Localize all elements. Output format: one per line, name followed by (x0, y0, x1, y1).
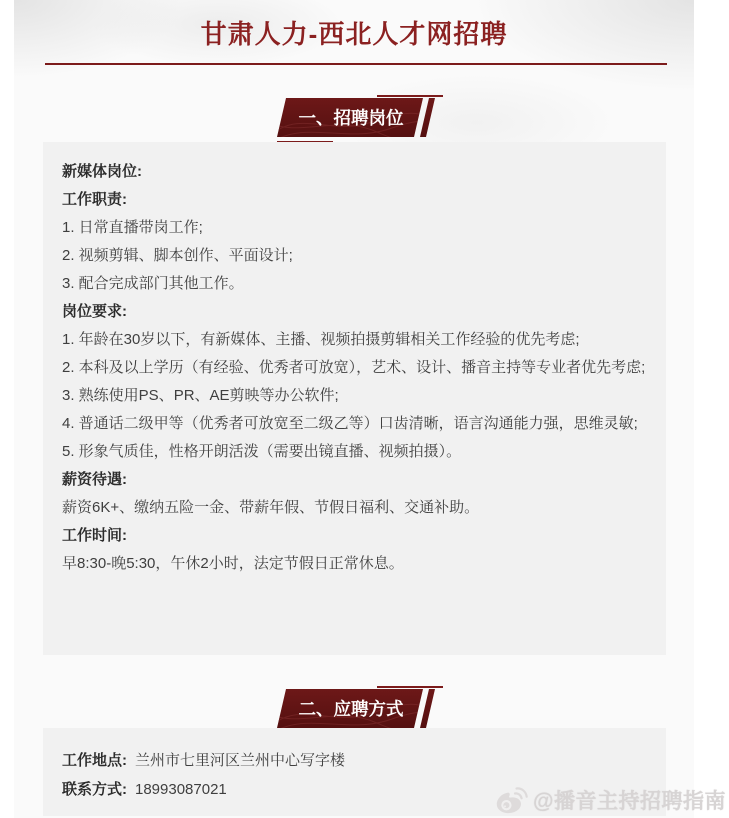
job-duty-item: 2. 视频剪辑、脚本创作、平面设计; (62, 242, 647, 270)
title-divider (45, 63, 667, 65)
work-location-row: 工作地点:兰州市七里河区兰州中心写字楼 (62, 746, 647, 775)
job-position-label: 新媒体岗位: (62, 158, 647, 186)
recruitment-poster-page: { "header": { "title": "甘肃人力-西北人才网招聘" },… (0, 0, 729, 818)
salary-label: 薪资待遇: (62, 466, 647, 494)
job-requirement-item: 1. 年龄在30岁以下，有新媒体、主播、视频拍摄剪辑相关工作经验的优先考虑; (62, 326, 647, 354)
ribbon-apply-label: 二、应聘方式 (299, 699, 404, 719)
page-title: 甘肃人力-西北人才网招聘 (14, 14, 694, 51)
work-hours-label: 工作时间: (62, 522, 647, 550)
job-requirement-item: 3. 熟练使用PS、PR、AE剪映等办公软件; (62, 382, 647, 410)
contact-label: 联系方式: (62, 781, 127, 798)
job-duty-item: 1. 日常直播带岗工作; (62, 214, 647, 242)
work-location-value: 兰州市七里河区兰州中心写字楼 (135, 752, 345, 769)
job-duties-label: 工作职责: (62, 186, 647, 214)
ribbon-banner-icon: 一、招聘岗位 (277, 92, 467, 148)
section-ribbon-jobs: 一、招聘岗位 (277, 92, 467, 148)
watermark-handle: @播音主持招聘指南 (533, 785, 726, 815)
jobs-box: 新媒体岗位: 工作职责: 1. 日常直播带岗工作; 2. 视频剪辑、脚本创作、平… (43, 142, 666, 655)
job-requirement-item: 4. 普通话二级甲等（优秀者可放宽至二级乙等）口齿清晰，语言沟通能力强，思维灵敏… (62, 410, 647, 438)
watermark: @播音主持招聘指南 (495, 785, 726, 815)
job-requirement-item: 5. 形象气质佳，性格开朗活泼（需要出镜直播、视频拍摄）。 (62, 438, 647, 466)
work-location-label: 工作地点: (62, 752, 127, 769)
contact-phone-value: 18993087021 (135, 781, 227, 798)
job-duty-item: 3. 配合完成部门其他工作。 (62, 270, 647, 298)
salary-detail: 薪资6K+、缴纳五险一金、带薪年假、节假日福利、交通补助。 (62, 494, 647, 522)
job-requirements-label: 岗位要求: (62, 298, 647, 326)
weibo-icon (495, 786, 528, 815)
work-hours-detail: 早8:30-晚5:30，午休2小时，法定节假日正常休息。 (62, 550, 647, 578)
job-requirement-item: 2. 本科及以上学历（有经验、优秀者可放宽），艺术、设计、播音主持等专业者优先考… (62, 354, 647, 382)
ribbon-jobs-label: 一、招聘岗位 (299, 108, 404, 128)
poster-canvas: 甘肃人力-西北人才网招聘 一、招聘岗位 新媒体岗位: (14, 0, 694, 818)
